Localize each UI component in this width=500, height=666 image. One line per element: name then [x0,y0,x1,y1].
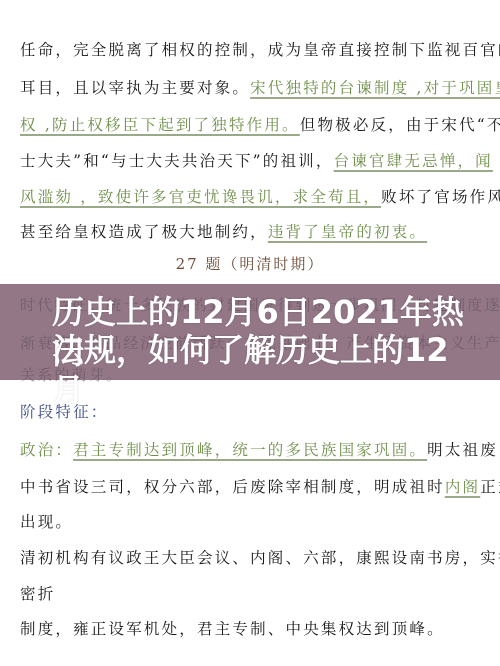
highlighted-text: 风滥劾 ，致使许多官吏忧谗畏讥，求全苟且， [20,188,381,206]
highlighted-text: 台谏官肆无忌惮，闻 [334,152,493,170]
body-text: 败坏了官场作风因， [381,188,500,206]
highlighted-text: 违背了皇帝的初衷。 [268,223,427,241]
text-line: 耳目，且以宰执为主要对象。宋代独特的台谏制度 ,对于巩固皇 [20,78,490,98]
body-text: 出现。 [20,513,73,531]
text-line: 甚至给皇权造成了极大地制约，违背了皇帝的初衷。 [20,222,490,242]
text-line: 任命，完全脱离了相权的控制，成为皇帝直接控制下监视百官的 [20,40,490,60]
highlighted-text: 宋代独特的台谏制度 ,对于巩固皇 [250,79,500,97]
text-line: 士大夫”和“与士大夫共治天下”的祖训，台谏官肆无忌惮，闻 [20,151,490,171]
politics-label: 政治： [20,441,73,459]
text-line: 清初机构有议政王大臣会议、内阁、六部，康熙设南书房，实行 [20,548,490,568]
overlay-title-line-2: 法规，如何了解历史上的12月 [52,330,472,410]
text-line: 中书省设三司，权分六部，后废除宰相制度，明成祖时内阁正式 [20,477,490,497]
text-line: 风滥劾 ，致使许多官吏忧谗畏讥，求全苟且，败坏了官场作风因， [20,187,490,207]
title-overlay-banner: 时代特征：统一多民族的封建国家得到进一步巩固，封建制度逐 渐衰落，商品经济空前活… [0,284,500,380]
section-title: 27 题（明清时期） [0,253,500,274]
body-text: 正式 [480,478,500,496]
highlighted-text: 内阁 [445,478,480,496]
text-line: 密折 [20,584,490,604]
body-text: 清初机构有议政王大臣会议、内阁、六部，康熙设南书房，实行 [20,549,500,567]
body-text: 中书省设三司，权分六部，后废除宰相制度，明成祖时 [20,478,445,496]
body-text: 士大夫”和“与士大夫共治天下”的祖训， [20,152,334,170]
body-text: 甚至给皇权造成了极大地制约， [20,223,268,241]
body-text: 耳目，且以宰执为主要对象。 [20,79,250,97]
body-text: 但物极必反，由于宋代“不杀 [300,116,500,134]
body-text: 密折 [20,585,55,603]
highlighted-text: 权 ,防止权移臣下起到了独特作用。 [20,116,300,134]
text-line: 政治：君主专制达到顶峰，统一的多民族国家巩固。明太祖废 [20,440,490,460]
text-line: 出现。 [20,512,490,532]
body-text: 任命，完全脱离了相权的控制，成为皇帝直接控制下监视百官的 [20,41,500,59]
body-text: 明太祖废 [427,441,498,459]
document-page: 任命，完全脱离了相权的控制，成为皇帝直接控制下监视百官的 耳目，且以宰执为主要对… [0,0,500,666]
stage-heading: 阶段特征： [20,402,490,422]
body-text: 制度，雍正设军机处，君主专制、中央集权达到顶峰。 [20,620,445,638]
text-line: 权 ,防止权移臣下起到了独特作用。但物极必反，由于宋代“不杀 [20,115,490,135]
highlighted-text: 君主专制达到顶峰，统一的多民族国家巩固。 [73,441,427,459]
text-line: 制度，雍正设军机处，君主专制、中央集权达到顶峰。 [20,619,490,639]
